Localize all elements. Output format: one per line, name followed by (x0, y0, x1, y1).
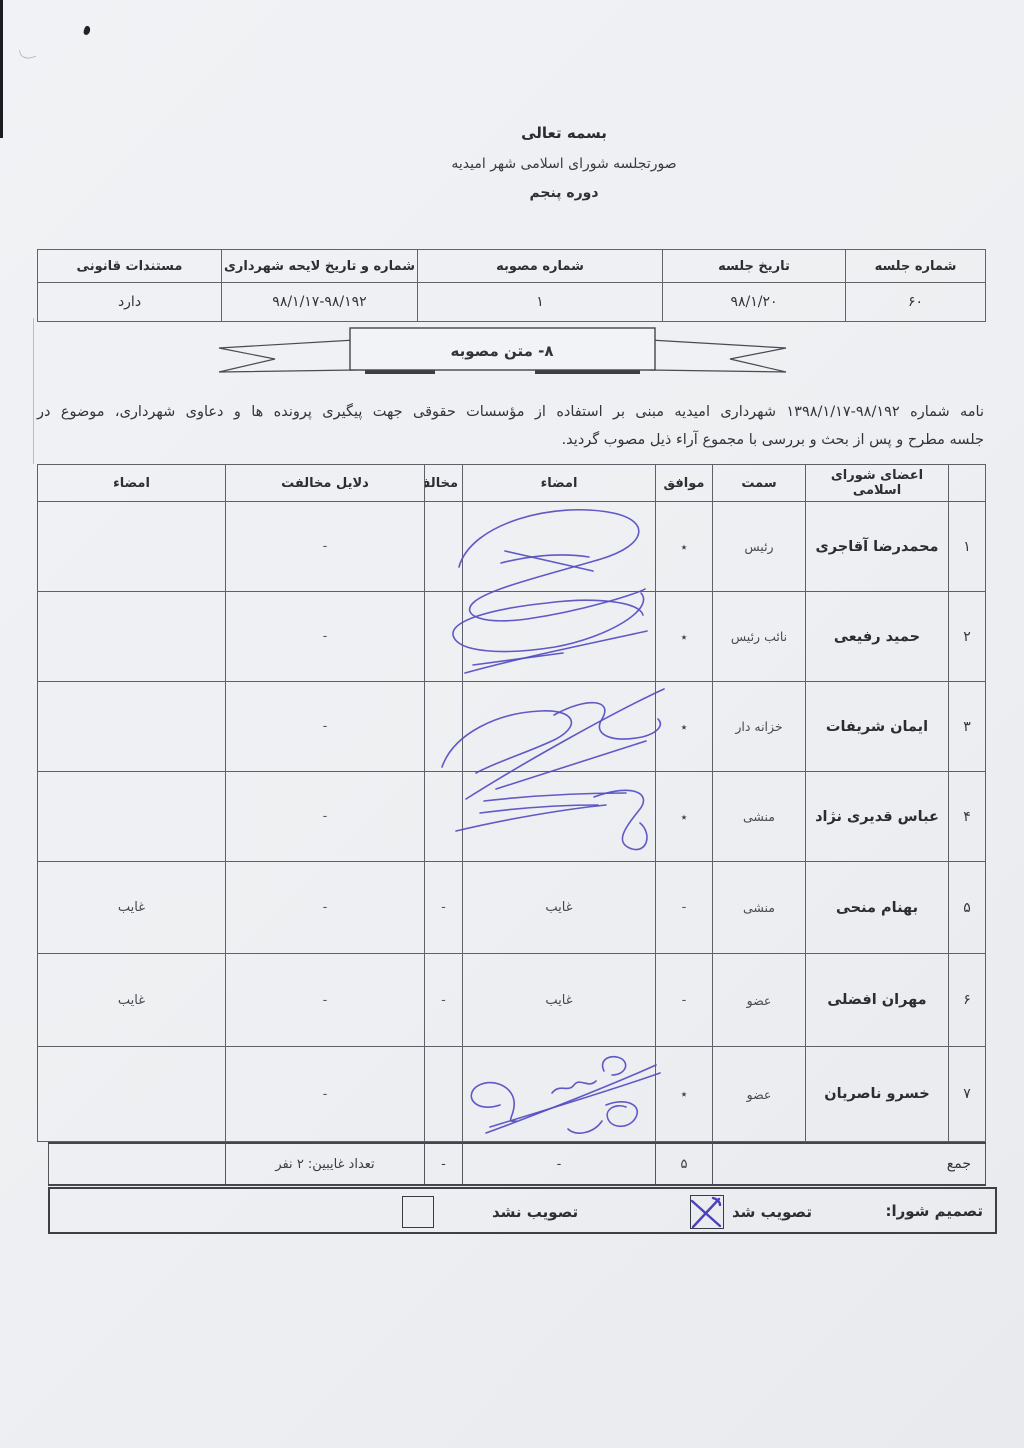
member-position: نائب رئیس (713, 592, 806, 682)
member-position: رئیس (713, 502, 806, 592)
totals-label: جمع (713, 1143, 986, 1185)
oppose-reasons-cell: - (226, 1047, 425, 1142)
agree-mark: ٭ (656, 502, 713, 592)
value-bill-no-date: ۹۸/۱/۱۷-۹۸/۱۹۲ (222, 283, 418, 322)
rejected-checkbox[interactable] (402, 1196, 434, 1228)
member-name: ایمان شریفات (806, 682, 949, 772)
totals-signature-2 (49, 1143, 226, 1185)
value-resolution-no: ۱ (418, 283, 663, 322)
ribbon-right-tail (650, 340, 786, 372)
member-row-1: ۱ محمدرضا آقاجری رئیس ٭ - (38, 502, 986, 592)
member-num: ۷ (949, 1047, 986, 1142)
agree-mark: ٭ (656, 682, 713, 772)
header-session-date: تاریخ جلسه (663, 250, 846, 283)
totals-row-table: جمع ۵ - - تعداد غایبین: ۲ نفر (48, 1142, 986, 1186)
council-decision-box: تصمیم شورا: تصویب شد تصویب نشد (48, 1187, 997, 1234)
resolution-line1-post: شهرداری امیدیه مبنی بر استفاده از مؤسسات… (37, 404, 786, 420)
header-signature-2: امضاء (38, 465, 226, 502)
agree-mark: - (656, 862, 713, 954)
bill-no-date: ۹۸/۱/۱۷-۹۸/۱۹۲ (272, 294, 366, 310)
besmele-text: بسمه تعالی (104, 124, 1024, 142)
scan-edge-artifact (0, 0, 3, 138)
resolution-ribbon-banner: ۸- متن مصوبه (215, 326, 790, 386)
resolution-paragraph: نامه شماره ۱۳۹۸/۱/۱۷-۹۸/۱۹۲ شهرداری امید… (37, 398, 984, 454)
signature2-cell (38, 1047, 226, 1142)
header-bill-no-date: شماره و تاریخ لایحه شهرداری (222, 250, 418, 283)
member-row-4: ۴ عباس قدیری نژاد منشی ٭ - (38, 772, 986, 862)
oppose-reasons-cell: - (226, 592, 425, 682)
info-value-row: ۶۰ ۹۸/۱/۲۰ ۱ ۹۸/۱/۱۷-۹۸/۱۹۲ دارد (38, 283, 986, 322)
blue-x-mark (689, 1196, 723, 1230)
oppose-reasons-cell: - (226, 772, 425, 862)
oppose-cell: - (425, 862, 463, 954)
signature-cell (463, 772, 656, 862)
oppose-cell (425, 502, 463, 592)
member-row-3: ۳ ایمان شریفات خزانه دار ٭ - (38, 682, 986, 772)
header-resolution-no: شماره مصوبه (418, 250, 663, 283)
member-name: بهنام منحی (806, 862, 949, 954)
member-row-7: ۷ خسرو ناصریان عضو ٭ - (38, 1047, 986, 1142)
pencil-mark (19, 46, 36, 61)
value-session-no: ۶۰ (846, 283, 986, 322)
info-header-row: شماره جلسه تاریخ جلسه شماره مصوبه شماره … (38, 250, 986, 283)
totals-agree-count: ۵ (656, 1143, 713, 1185)
signature-cell (463, 682, 656, 772)
session-no: ۶۰ (908, 294, 923, 310)
member-position: عضو (713, 1047, 806, 1142)
document-header: بسمه تعالی صورتجلسه شورای اسلامی شهر امی… (104, 124, 1024, 201)
totals-oppose: - (425, 1143, 463, 1185)
member-name: مهران افضلی (806, 954, 949, 1047)
member-position: خزانه دار (713, 682, 806, 772)
term-subtitle: دوره پنجم (104, 185, 1024, 201)
member-num: ۲ (949, 592, 986, 682)
ribbon-left-tail (219, 340, 355, 372)
header-legal-docs: مستندات قانونی (38, 250, 222, 283)
members-vote-table: اعضای شورای اسلامی سمت موافق امضاء مخالف… (37, 464, 986, 1142)
oppose-reasons-cell: - (226, 954, 425, 1047)
member-position: منشی (713, 862, 806, 954)
scanned-minutes-page: بسمه تعالی صورتجلسه شورای اسلامی شهر امی… (0, 0, 1024, 1448)
totals-signature: - (463, 1143, 656, 1185)
member-position: عضو (713, 954, 806, 1047)
letter-number: ۱۳۹۸/۱/۱۷-۹۸/۱۹۲ (786, 404, 899, 420)
totals-absent-note: تعداد غایبین: ۲ نفر (226, 1143, 425, 1185)
member-name: محمدرضا آقاجری (806, 502, 949, 592)
ribbon-label: ۸- متن مصوبه (451, 342, 554, 360)
header-row-number (949, 465, 986, 502)
oppose-cell (425, 682, 463, 772)
agree-mark: ٭ (656, 592, 713, 682)
oppose-cell (425, 772, 463, 862)
session-date: ۹۸/۱/۲۰ (730, 294, 777, 310)
member-num: ۵ (949, 862, 986, 954)
oppose-reasons-cell: - (226, 682, 425, 772)
rejected-label: تصویب نشد (492, 1203, 578, 1221)
member-num: ۳ (949, 682, 986, 772)
resolution-line-2: جلسه مطرح و پس از بحث و بررسی با مجموع آ… (37, 426, 984, 454)
agree-mark: ٭ (656, 772, 713, 862)
signature-cell: غایب (463, 862, 656, 954)
signature2-cell (38, 502, 226, 592)
member-num: ۴ (949, 772, 986, 862)
agree-mark: - (656, 954, 713, 1047)
section-border-line (33, 318, 34, 464)
member-position: منشی (713, 772, 806, 862)
header-oppose: مخالف (425, 465, 463, 502)
signature2-cell: غایب (38, 862, 226, 954)
oppose-cell: - (425, 954, 463, 1047)
decision-label: تصمیم شورا: (885, 1202, 983, 1220)
approved-checkbox[interactable] (690, 1195, 724, 1229)
member-row-2: ۲ حمید رفیعی نائب رئیس ٭ - (38, 592, 986, 682)
signature2-cell (38, 682, 226, 772)
signature-cell: غایب (463, 954, 656, 1047)
oppose-reasons-cell: - (226, 502, 425, 592)
member-name: حمید رفیعی (806, 592, 949, 682)
approved-label: تصویب شد (732, 1203, 812, 1221)
value-session-date: ۹۸/۱/۲۰ (663, 283, 846, 322)
signature-cell (463, 592, 656, 682)
resolution-line-1: نامه شماره ۱۳۹۸/۱/۱۷-۹۸/۱۹۲ شهرداری امید… (37, 398, 984, 426)
header-session-no: شماره جلسه (846, 250, 986, 283)
page-title: صورتجلسه شورای اسلامی شهر امیدیه (104, 156, 1024, 172)
session-info-table: شماره جلسه تاریخ جلسه شماره مصوبه شماره … (37, 249, 986, 322)
member-row-5: ۵ بهنام منحی منشی - غایب - - غایب (38, 862, 986, 954)
header-members: اعضای شورای اسلامی (806, 465, 949, 502)
header-oppose-reasons: دلایل مخالفت (226, 465, 425, 502)
signature-cell (463, 1047, 656, 1142)
members-header-row: اعضای شورای اسلامی سمت موافق امضاء مخالف… (38, 465, 986, 502)
oppose-cell (425, 592, 463, 682)
signature2-cell: غایب (38, 954, 226, 1047)
oppose-cell (425, 1047, 463, 1142)
member-name: عباس قدیری نژاد (806, 772, 949, 862)
member-num: ۶ (949, 954, 986, 1047)
signature-cell (463, 502, 656, 592)
ink-speck (83, 25, 91, 35)
member-name: خسرو ناصریان (806, 1047, 949, 1142)
oppose-reasons-cell: - (226, 862, 425, 954)
totals-row: جمع ۵ - - تعداد غایبین: ۲ نفر (49, 1143, 986, 1185)
agree-mark: ٭ (656, 1047, 713, 1142)
member-num: ۱ (949, 502, 986, 592)
resolution-line1-pre: نامه شماره (900, 404, 984, 420)
signature2-cell (38, 592, 226, 682)
value-legal-docs: دارد (38, 283, 222, 322)
header-signature: امضاء (463, 465, 656, 502)
signature2-cell (38, 772, 226, 862)
header-agree: موافق (656, 465, 713, 502)
header-position: سمت (713, 465, 806, 502)
member-row-6: ۶ مهران افضلی عضو - غایب - - غایب (38, 954, 986, 1047)
